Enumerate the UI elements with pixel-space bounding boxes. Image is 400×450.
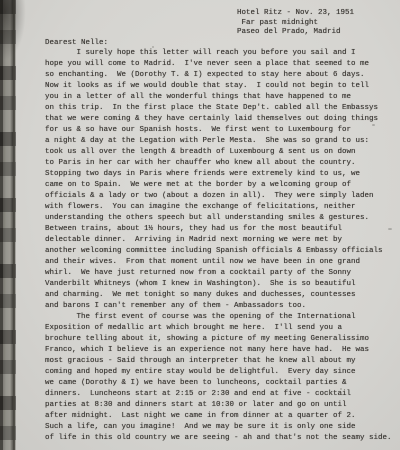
scan-binding-line <box>13 0 15 450</box>
scan-speck <box>340 388 342 390</box>
letterhead: Hotel Ritz - Nov. 23, 1951 Far past midn… <box>237 9 354 38</box>
letter-line: we came (Dorothy & I) we have been to lu… <box>45 378 397 389</box>
letter-line: hope you will come to Madrid. I've never… <box>45 59 397 70</box>
letter-line: you in a letter of all the wonderful thi… <box>45 92 397 103</box>
letterhead-time-note: Far past midnight <box>237 19 354 29</box>
letter-body: I surely hope this letter will reach you… <box>45 48 397 444</box>
letter-line: a night & day at the Legation with Perle… <box>45 136 397 147</box>
letterhead-hotel-date: Hotel Ritz - Nov. 23, 1951 <box>237 9 354 19</box>
letter-line: of life in this old country we are seein… <box>45 433 397 444</box>
letter-line: dinners. Luncheons start at 2:15 or 2:30… <box>45 389 397 400</box>
letter-paragraph: I surely hope this letter will reach you… <box>45 48 397 312</box>
letter-line: and charming. We met tonight so many duk… <box>45 290 397 301</box>
letter-line: took us all over the length & breadth of… <box>45 147 397 158</box>
letter-line: officials & a lady or two (about a dozen… <box>45 191 397 202</box>
letter-line: delectable dinner. Arriving in Madrid ne… <box>45 235 397 246</box>
letter-paragraph: The first event of course was the openin… <box>45 312 397 444</box>
letter-line: Vanderbilt Whitneys (whom I knew in Wash… <box>45 279 397 290</box>
letterhead-address: Paseo del Prado, Madrid <box>237 28 354 38</box>
letter-line: and their wives. From that moment until … <box>45 257 397 268</box>
letter-line: The first event of course was the openin… <box>45 312 397 323</box>
letter-line: most gracious - Said through an interpre… <box>45 356 397 367</box>
letter-line: another welcoming committee including Sp… <box>45 246 397 257</box>
letter-line: brochure telling about it, showing a pic… <box>45 334 397 345</box>
scanned-letter-page: Hotel Ritz - Nov. 23, 1951 Far past midn… <box>0 0 400 450</box>
letter-line: Franco, which I believe is an experience… <box>45 345 397 356</box>
letter-line: with flowers. You can imagine the exchan… <box>45 202 397 213</box>
letter-line: to Paris in her car with her chauffer wh… <box>45 158 397 169</box>
scan-corner-smudge <box>0 0 26 60</box>
letter-line: I surely hope this letter will reach you… <box>45 48 397 59</box>
letter-line: on this trip. In the first place the Sta… <box>45 103 397 114</box>
letter-line: Between trains, about 1½ hours, they had… <box>45 224 397 235</box>
letter-line: Stopping two days in Paris where friends… <box>45 169 397 180</box>
letter-line: Now it looks as if we would double that … <box>45 81 397 92</box>
letter-line: and barons I can't remember any of them … <box>45 301 397 312</box>
letter-line: whirl. We have just returned now from a … <box>45 268 397 279</box>
letter-line: came on to Spain. We were met at the bor… <box>45 180 397 191</box>
letter-line: for us & so have our Spanish hosts. We f… <box>45 125 397 136</box>
letter-line: understanding the others speech but all … <box>45 213 397 224</box>
letter-line: that we were coming & they have certainl… <box>45 114 397 125</box>
letter-line: parties at 8:30 and dinners start at 10:… <box>45 400 397 411</box>
letter-line: after midnight. Last night we came in fr… <box>45 411 397 422</box>
letter-line: Such a life, can you imagine! And we may… <box>45 422 397 433</box>
letter-line: Exposition of medallic art which brought… <box>45 323 397 334</box>
letter-line: coming and hoped my entire stay would be… <box>45 367 397 378</box>
scan-speck <box>388 228 392 230</box>
scan-speck <box>372 124 375 126</box>
letter-line: so enchanting. We (Dorothy T. & I) expec… <box>45 70 397 81</box>
scan-speck <box>152 46 154 48</box>
